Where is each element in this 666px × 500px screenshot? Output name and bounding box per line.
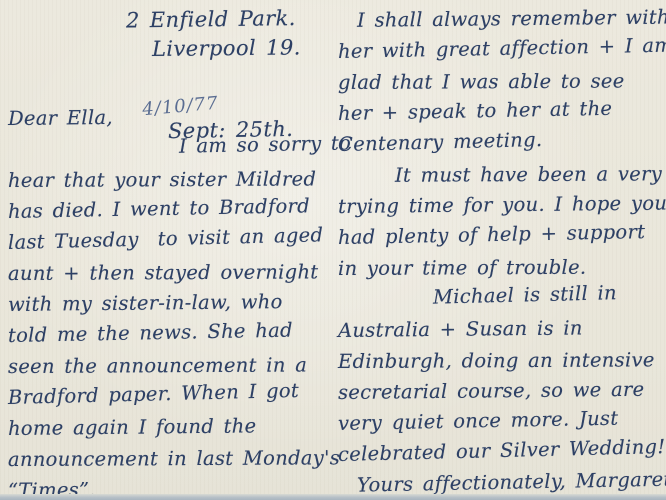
letter-left-page: Dear Ella, I am so sorry to hear that yo… [8,103,334,500]
letter-line: had plenty of help + support [338,216,665,253]
scan-bottom-edge [0,494,666,500]
letter-line: her with great affection + I am [338,30,665,67]
letter-line: announcement in last Monday's [8,442,334,475]
letter-line: Centenary meeting. [338,121,665,160]
letter-line: last Tuesday to visit an aged [8,219,335,258]
letter-right-page: I shall always remember with her with gr… [338,5,664,500]
letter-line: I am so sorry to [8,128,335,165]
letter-scan: { "letter": { "header": { "address_line_… [0,0,666,500]
letter-line: Bradford paper. When I got [8,374,335,413]
letter-line: told me the news. She had [8,314,335,351]
letter-line: Edinburgh, doing an intensive [338,344,664,377]
letter-line: Australia + Susan is in [338,312,664,346]
letter-line: It must have been a very [338,158,664,191]
address-line-2: Liverpool 19. [152,34,333,63]
letter-line: home again I found the [8,410,334,444]
letter-line: aunt + then stayed overnight [8,256,334,289]
letter-line: Michael is still in [338,276,665,315]
address-line-1: 2 Enfield Park. [126,5,333,35]
